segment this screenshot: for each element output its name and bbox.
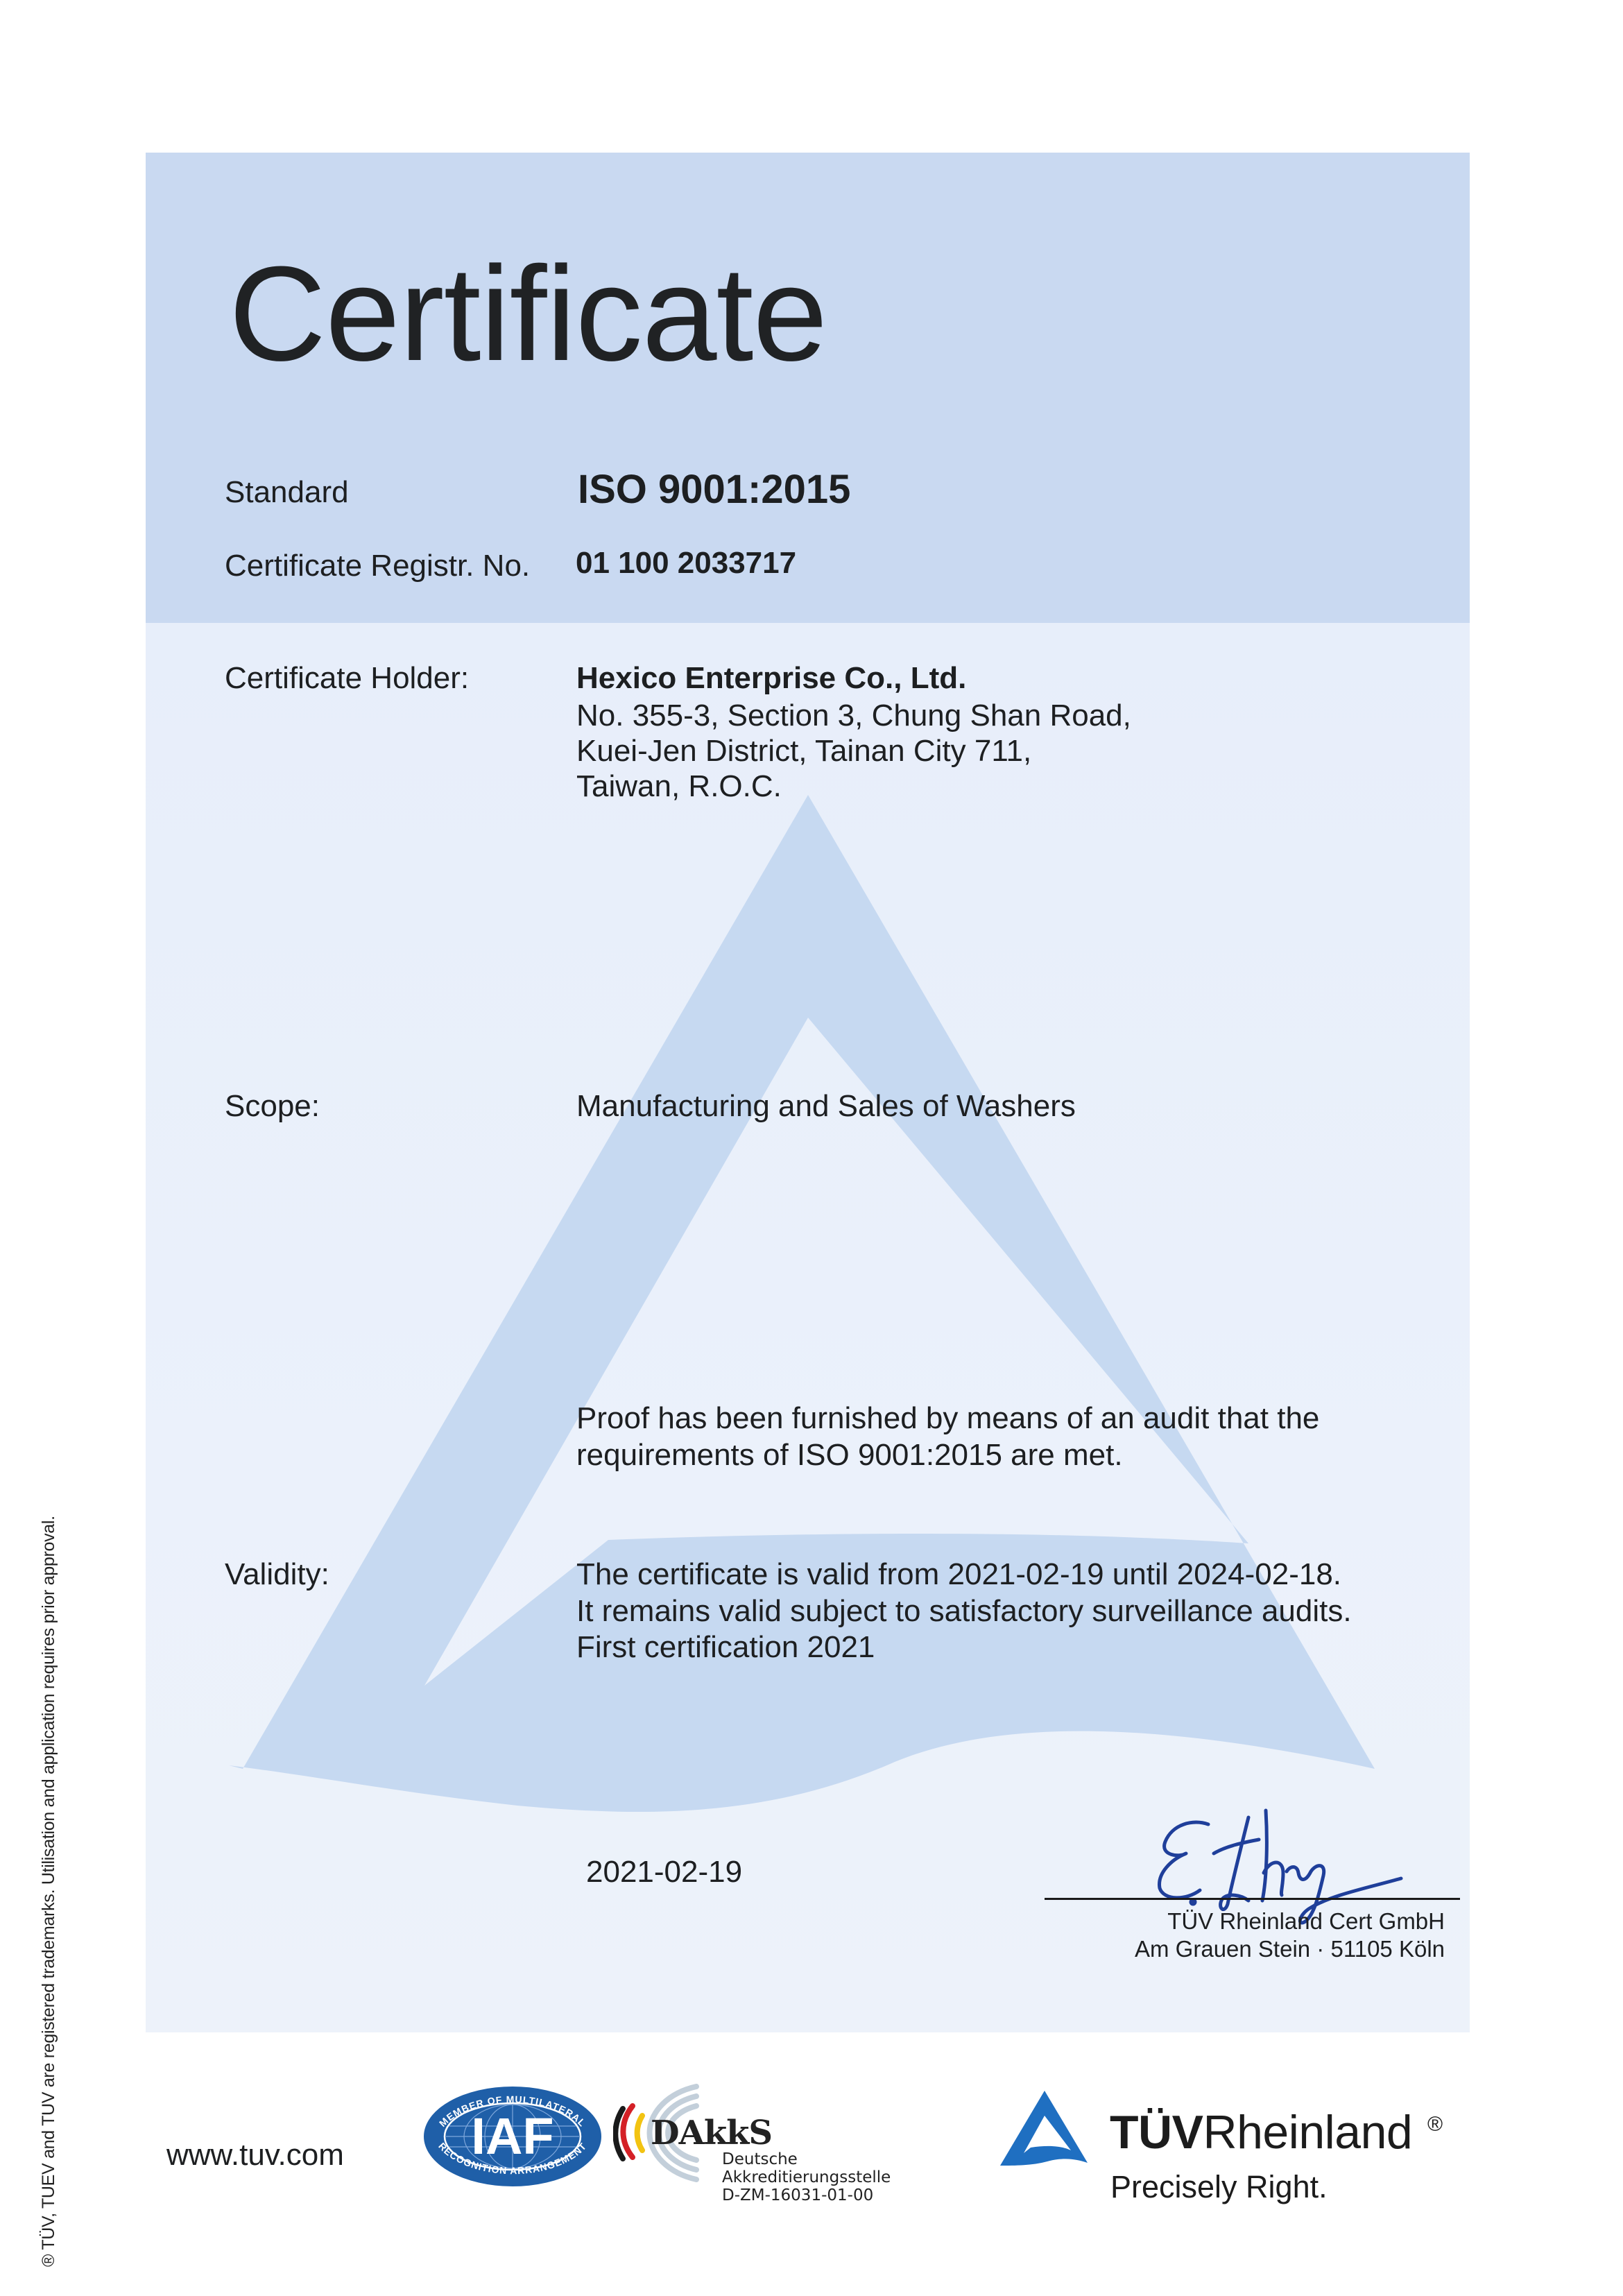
scope-label: Scope: [225,1088,320,1124]
svg-text:IAF: IAF [471,2107,553,2165]
tuv-tagline: Precisely Right. [1110,2171,1328,2202]
issuer-address: Am Grauen Stein · 51105 Köln [1135,1935,1445,1963]
tuv-brand: TÜVRheinland [1110,2109,1412,2156]
tuv-brand-bold: TÜV [1110,2106,1203,2159]
signature-line [1045,1898,1460,1900]
scope-value: Manufacturing and Sales of Washers [576,1088,1076,1124]
iaf-logo-icon: IAF MEMBER OF MULTILATERAL RECOGNITION A… [422,2084,603,2188]
dakks-name: DAkkS [651,2114,772,2152]
validity-text-line: It remains valid subject to satisfactory… [576,1593,1352,1629]
validity-label: Validity: [225,1557,329,1593]
issue-date: 2021-02-19 [586,1854,742,1890]
issuer-name: TÜV Rheinland Cert GmbH [1167,1908,1445,1935]
trademark-note: ® TÜV, TUEV and TUV are registered trade… [39,1516,59,2267]
website-link[interactable]: www.tuv.com [166,2138,344,2173]
certificate-title: Certificate [229,247,827,382]
dakks-line: D-ZM-16031-01-00 [722,2186,873,2204]
proof-text-line: Proof has been furnished by means of an … [576,1400,1319,1437]
holder-label: Certificate Holder: [225,660,469,696]
tuv-brand-regular: Rheinland [1203,2106,1413,2159]
holder-name: Hexico Enterprise Co., Ltd. [576,660,966,696]
standard-label: Standard [225,474,349,511]
holder-address-line: Kuei-Jen District, Tainan City 711, [576,733,1031,769]
registr-label: Certificate Registr. No. [225,548,530,584]
validity-text-line: The certificate is valid from 2021-02-19… [576,1557,1341,1593]
standard-value: ISO 9001:2015 [578,470,850,510]
registr-value: 01 100 2033717 [576,548,796,579]
validity-text-line: First certification 2021 [576,1629,875,1665]
holder-address-line: No. 355-3, Section 3, Chung Shan Road, [576,698,1131,734]
tuv-triangle-logo-icon [999,2089,1090,2169]
proof-text-line: requirements of ISO 9001:2015 are met. [576,1437,1123,1473]
dakks-line: Deutsche [722,2150,798,2168]
registered-mark: ® [1427,2113,1443,2136]
holder-address-line: Taiwan, R.O.C. [576,769,782,805]
dakks-line: Akkreditierungsstelle [722,2168,891,2186]
